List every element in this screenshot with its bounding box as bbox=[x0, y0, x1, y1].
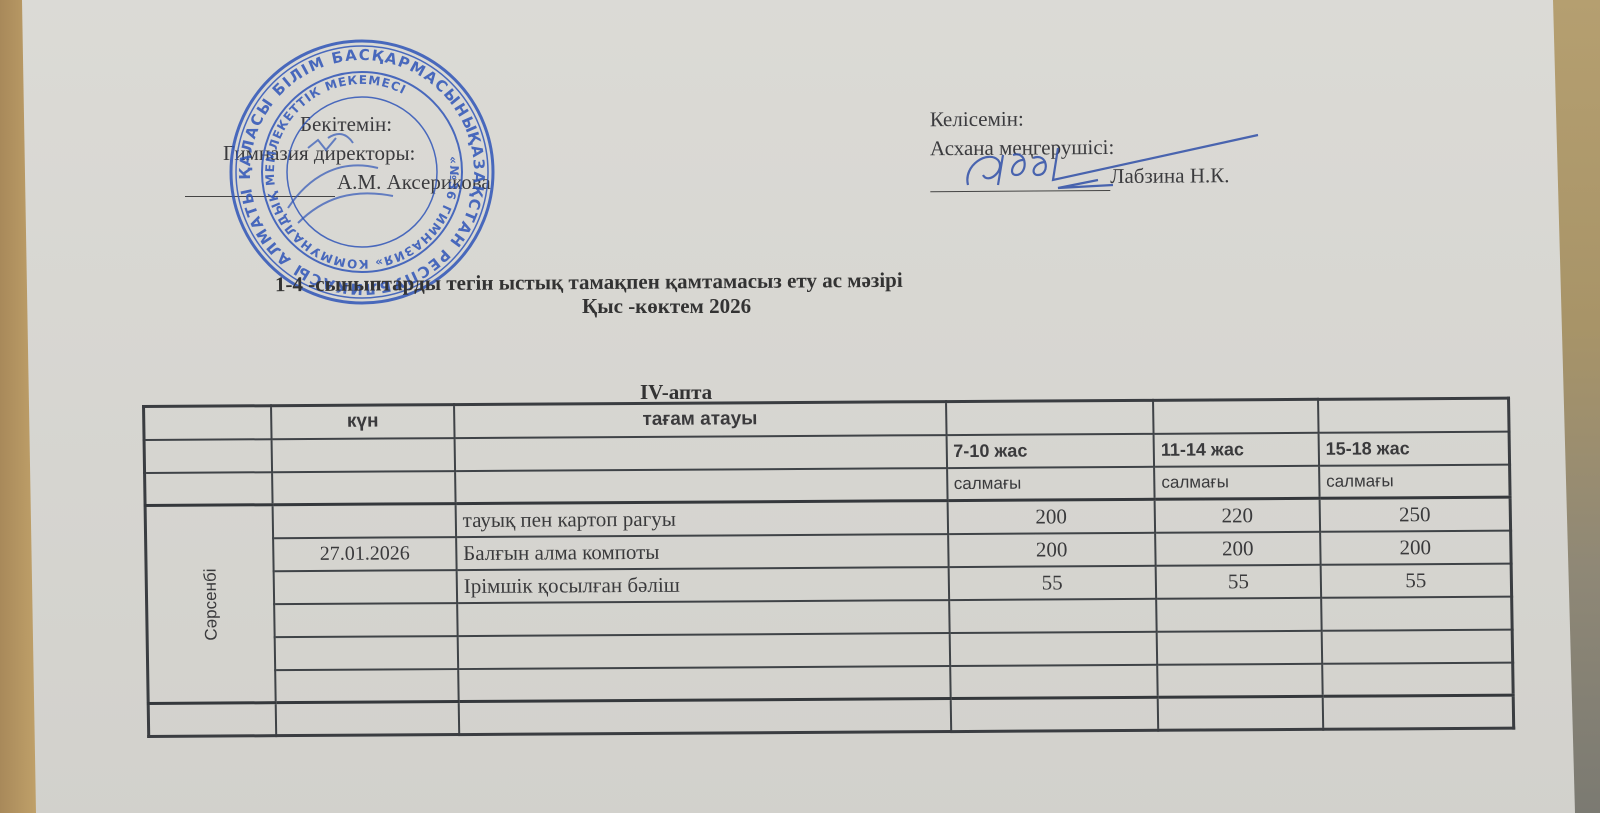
signature-line-right bbox=[930, 169, 1110, 192]
menu-date: 27.01.2026 bbox=[273, 537, 456, 571]
header-age-11-14: 11-14 жас bbox=[1154, 432, 1319, 466]
approval-left-heading: Бекітемін: bbox=[185, 110, 585, 139]
weight-11-14: 220 bbox=[1155, 498, 1320, 532]
dish-name: Ірімшік қосылған бәліш bbox=[456, 567, 948, 603]
weight-7-10: 55 bbox=[948, 565, 1156, 599]
weight-11-14: 55 bbox=[1156, 564, 1321, 598]
header-age-15-18: 15-18 жас bbox=[1318, 431, 1509, 465]
weight-15-18: 55 bbox=[1320, 563, 1511, 597]
weight-15-18: 200 bbox=[1320, 530, 1511, 564]
dish-name: тауық пен картоп рагуы bbox=[455, 501, 947, 537]
document-title: 1-4 -сыныптарды тегін ыстық тамақпен қам… bbox=[275, 268, 903, 297]
approval-left-position: Гимназия директоры: bbox=[185, 139, 585, 168]
header-day: күн bbox=[271, 405, 454, 439]
weight-7-10: 200 bbox=[948, 532, 1156, 566]
header-dish: тағам атауы bbox=[454, 402, 946, 438]
header-weight-3: салмағы bbox=[1319, 464, 1510, 498]
weight-11-14: 200 bbox=[1155, 531, 1320, 565]
header-age-7-10: 7-10 жас bbox=[946, 433, 1154, 467]
day-name: Сәрсенбі bbox=[200, 568, 221, 640]
approval-right: Келісемін: Асхана меңгерушісі: Лабзина Н… bbox=[930, 103, 1291, 193]
table-row-empty bbox=[148, 695, 1514, 736]
signature-line-left bbox=[185, 175, 335, 197]
approval-right-heading: Келісемін: bbox=[930, 103, 1290, 135]
day-cell: Сәрсенбі bbox=[145, 505, 276, 704]
approval-right-name: Лабзина Н.К. bbox=[1110, 161, 1229, 191]
header-weight-1: салмағы bbox=[947, 466, 1155, 500]
menu-table: күн тағам атауы 7-10 жас 11-14 жас 15-18… bbox=[142, 397, 1515, 738]
approval-right-position: Асхана меңгерушісі: bbox=[930, 132, 1290, 164]
weight-15-18: 250 bbox=[1319, 497, 1510, 531]
document-subtitle: Қыс -көктем 2026 bbox=[582, 294, 751, 319]
dish-name: Балғын алма компоты bbox=[456, 534, 948, 570]
weight-7-10: 200 bbox=[947, 499, 1155, 533]
approval-left: Бекітемін: Гимназия директоры: А.М. Аксе… bbox=[185, 110, 585, 197]
approval-left-name: А.М. Аксерикова bbox=[337, 168, 491, 197]
header-weight-2: салмағы bbox=[1154, 465, 1319, 499]
